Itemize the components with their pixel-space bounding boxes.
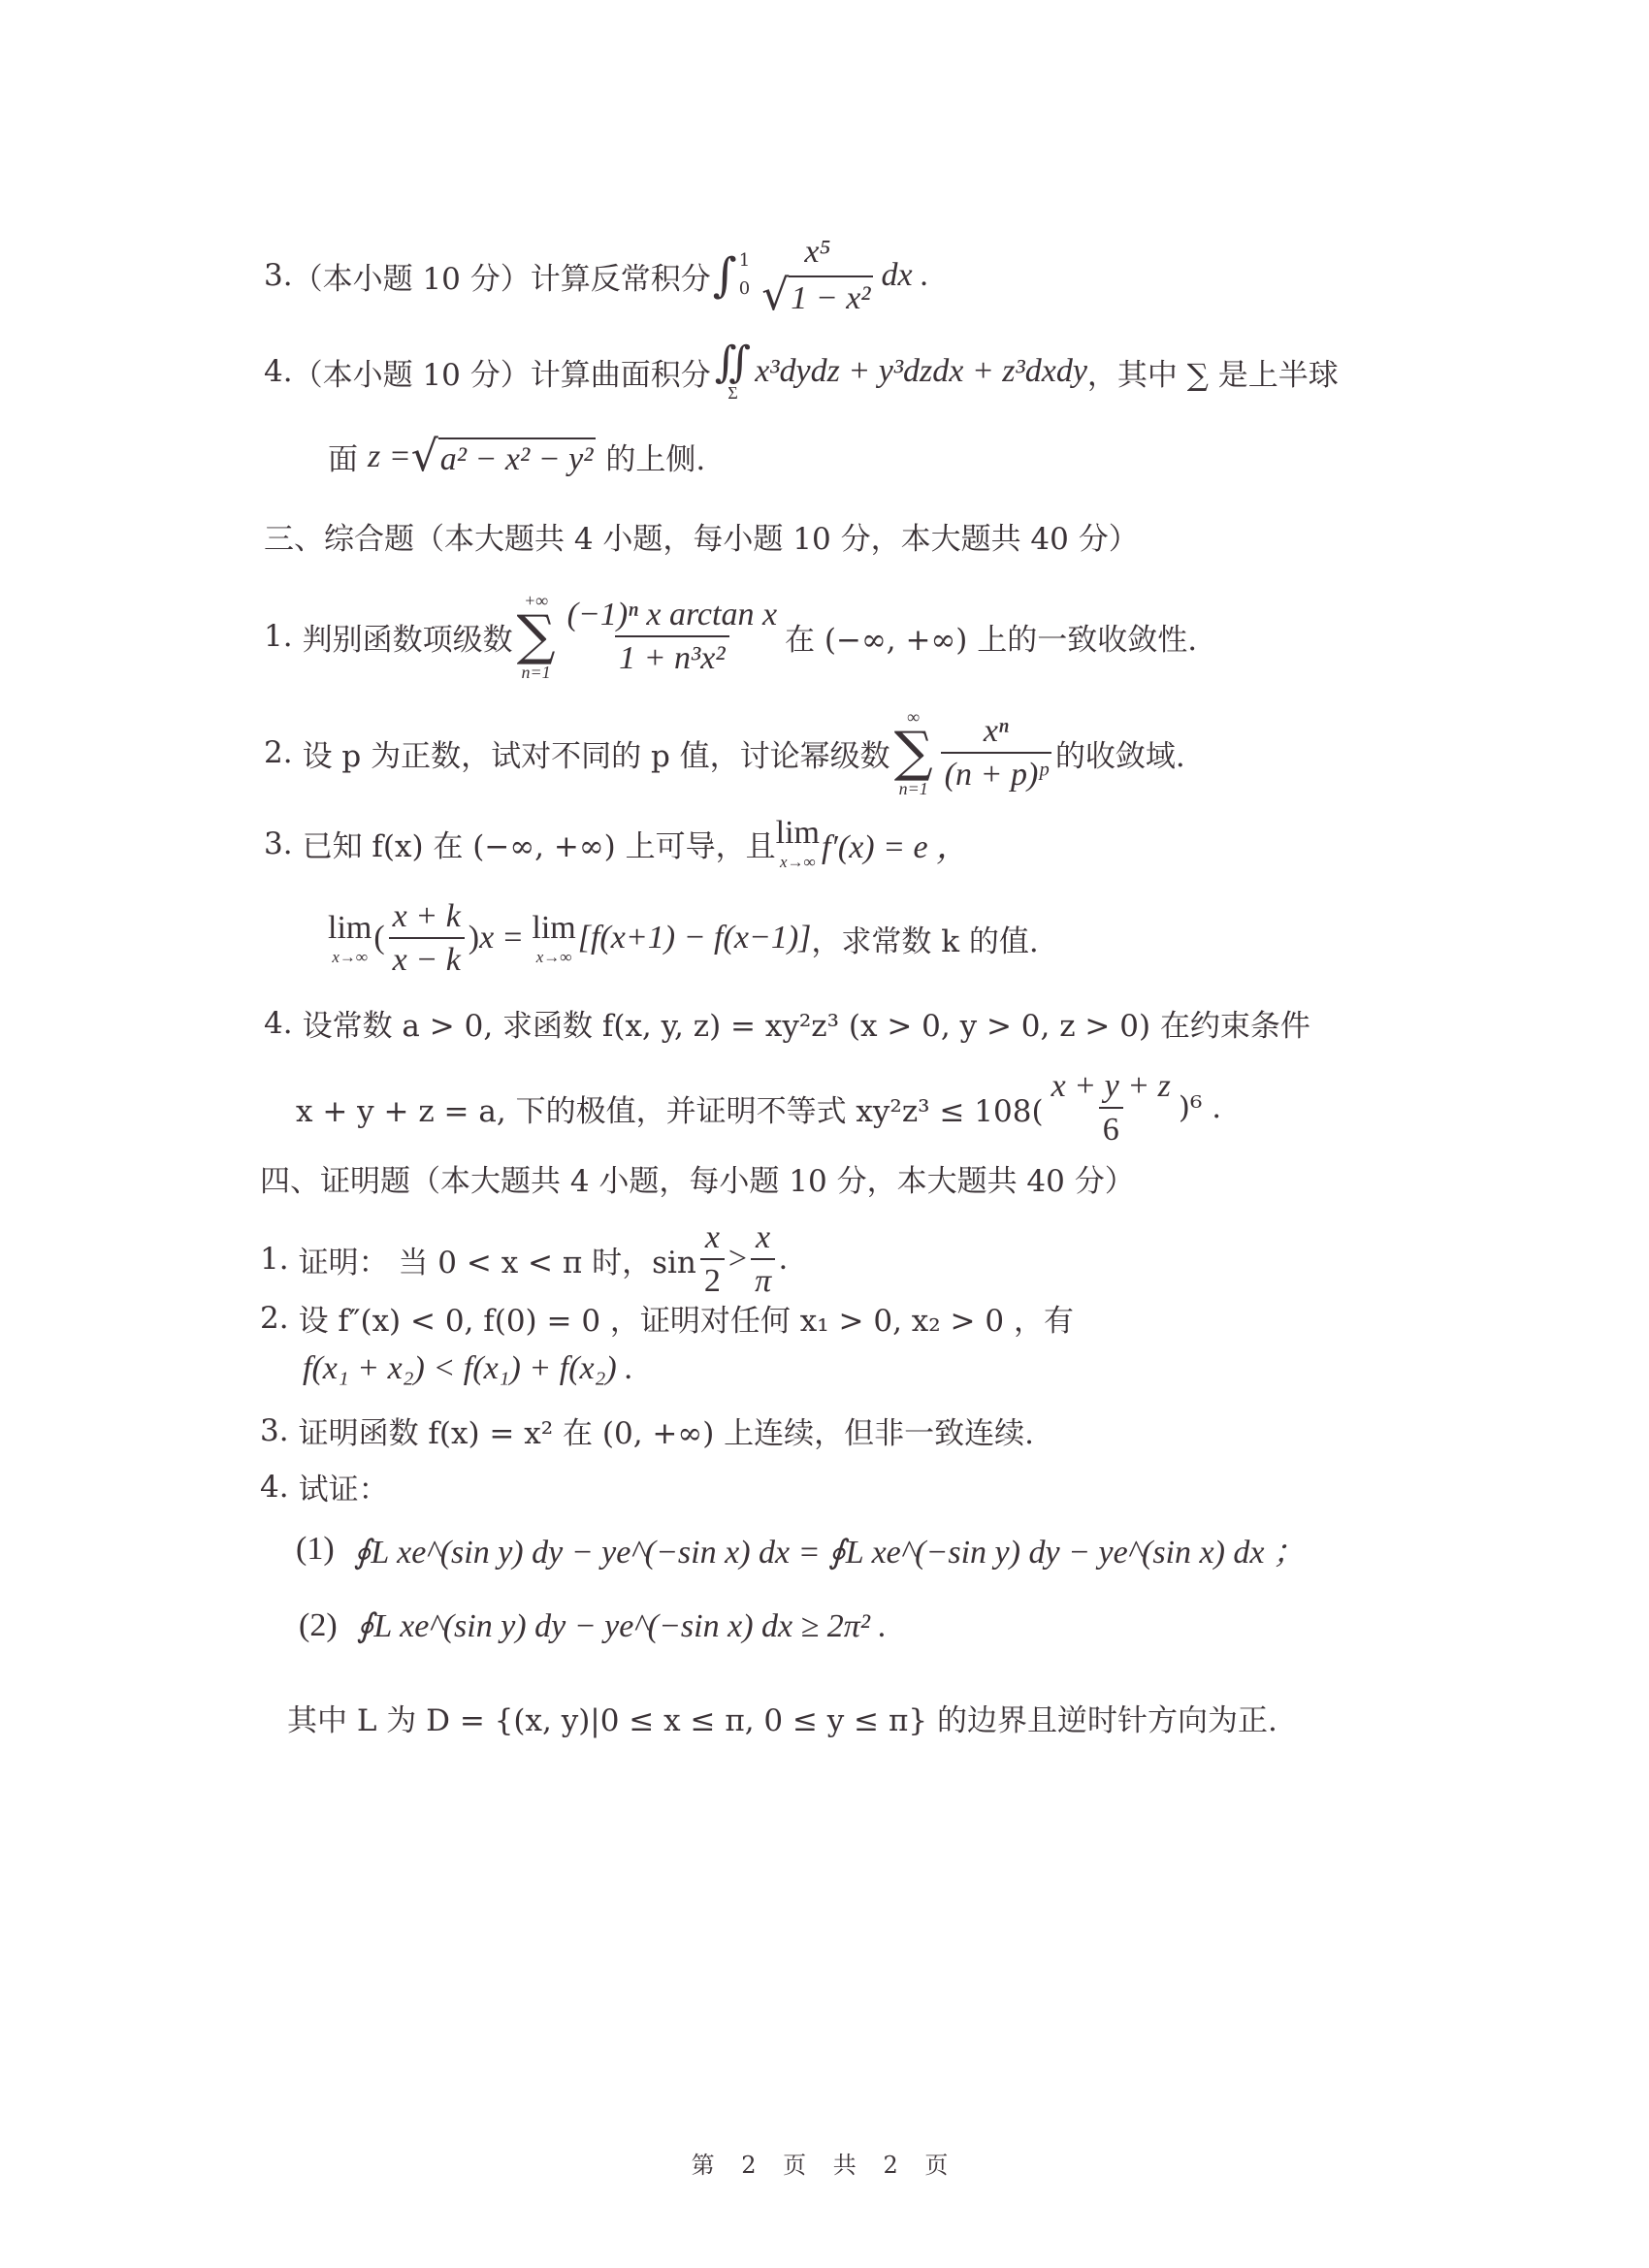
question-4-2-line2: f(x₁ + x₂) < f(x₁) + f(x₂) .	[303, 1350, 633, 1387]
page-footer: 第 2 页 共 2 页	[0, 2146, 1649, 2180]
question-3-2: 2. 设 p 为正数，试对不同的 p 值，讨论幂级数 ∞ ∑ n=1 xⁿ (n…	[264, 708, 1185, 797]
question-4-3: 3. 证明函数 f(x) = x² 在 (0, +∞) 上连续，但非一致连续.	[260, 1409, 1034, 1452]
question-4-2: 2. 设 f″(x) < 0, f(0) = 0 ，证明对任何 x₁ > 0, …	[260, 1296, 1074, 1340]
question-4-4-note: 其中 L 为 D = {(x, y)|0 ≤ x ≤ π, 0 ≤ y ≤ π}…	[287, 1696, 1277, 1739]
question-3-3-line2: limx→∞ ( x + k x − k )x = limx→∞ [f(x+1)…	[328, 897, 1039, 979]
series-term: xⁿ (n + p)ᵖ	[941, 712, 1051, 794]
limit: limx→∞	[776, 817, 820, 870]
series-term: (−1)ⁿ x arctan x 1 + n³x²	[564, 596, 781, 677]
question-3-3: 3. 已知 f(x) 在 (−∞, +∞) 上可导，且 limx→∞ f′(x)…	[264, 817, 969, 870]
question-prefix: （本小题 10 分）计算曲面积分	[293, 350, 711, 394]
question-4-4-part2: (2) ∮L xe^(sin y) dy − ye^(−sin x) dx ≥ …	[299, 1606, 887, 1645]
question-number: 3.	[264, 258, 293, 293]
integrand-fraction: x⁵ √1 − x²	[758, 233, 877, 318]
surface-integral: ∬ Σ	[715, 341, 751, 402]
question-4-4-part1: (1) ∮L xe^(sin y) dy − ye^(−sin x) dx = …	[296, 1525, 1306, 1572]
section-3-heading: 三、综合题（本大题共 4 小题，每小题 10 分，本大题共 40 分）	[264, 514, 1139, 558]
limit: limx→∞	[328, 912, 372, 965]
limit: limx→∞	[532, 912, 575, 965]
summation: +∞ ∑ n=1	[517, 592, 556, 681]
integral-sign: ∫	[713, 248, 737, 303]
question-prefix: （本小题 10 分）计算反常积分	[293, 254, 711, 298]
question-number: 4.	[264, 354, 293, 389]
differential: dx .	[881, 257, 928, 294]
question-2-4: 4. （本小题 10 分）计算曲面积分 ∬ Σ x³dydz + y³dzdx …	[264, 341, 1339, 402]
question-4-4: 4. 试证：	[260, 1465, 389, 1508]
question-2-3: 3. （本小题 10 分）计算反常积分 ∫ 1 0 x⁵ √1 − x² dx …	[264, 233, 929, 318]
question-4-1: 1. 证明： 当 0 < x < π 时，sin x 2 > x π .	[260, 1218, 788, 1300]
sqrt: √1 − x²	[761, 275, 873, 317]
question-suffix: ，其中 ∑ 是上半球	[1087, 350, 1339, 394]
integral-limits: 1 0	[739, 247, 750, 304]
question-3-4: 4. 设常数 a > 0, 求函数 f(x, y, z) = xy²z³ (x …	[264, 1001, 1310, 1045]
question-2-4-line2: 面 z = √a² − x² − y² 的上侧.	[328, 435, 705, 478]
integrand: x³dydz + y³dzdx + z³dxdy	[755, 353, 1087, 390]
section-4-heading: 四、证明题（本大题共 4 小题，每小题 10 分，本大题共 40 分）	[260, 1156, 1135, 1200]
summation: ∞ ∑ n=1	[894, 708, 933, 797]
sqrt: √a² − x² − y²	[411, 436, 597, 478]
question-3-4-line2: x + y + z = a, 下的极值，并证明不等式 xy²z³ ≤ 108( …	[296, 1067, 1221, 1149]
question-3-1: 1. 判别函数项级数 +∞ ∑ n=1 (−1)ⁿ x arctan x 1 +…	[264, 592, 1197, 681]
